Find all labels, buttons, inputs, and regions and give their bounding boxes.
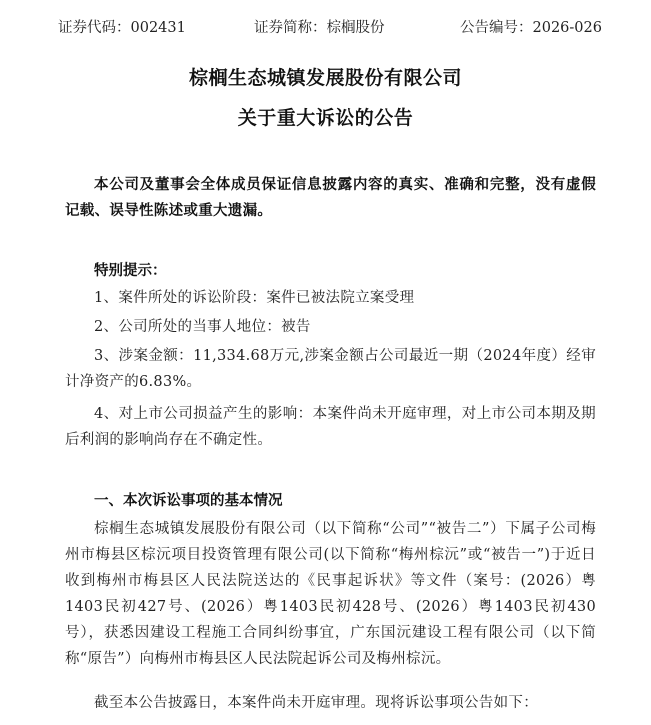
company-title: 棕榈生态城镇发展股份有限公司 — [0, 63, 651, 90]
special-note-item: 4、对上市公司损益产生的影响：本案件尚未开庭审理，对上市公司本期及期后利润的影响… — [65, 401, 596, 453]
board-statement: 本公司及董事会全体成员保证信息披露内容的真实、准确和完整，没有虚假记载、误导性陈… — [65, 172, 596, 224]
section-1-heading: 一、本次诉讼事项的基本情况 — [94, 488, 283, 514]
section-1-paragraph: 棕榈生态城镇发展股份有限公司（以下简称“公司”“被告二”）下属子公司梅州市梅县区… — [65, 516, 596, 672]
document-header: 证券代码：002431 证券简称：棕榈股份 公告编号：2026-026 — [0, 16, 651, 38]
announcement-number: 公告编号：2026-026 — [460, 16, 602, 37]
special-note-item: 1、案件所处的诉讼阶段：案件已被法院立案受理 — [65, 285, 596, 311]
security-abbreviation: 证券简称：棕榈股份 — [254, 16, 385, 37]
special-note-item: 2、公司所处的当事人地位：被告 — [65, 314, 596, 340]
announcement-page: 证券代码：002431 证券简称：棕榈股份 公告编号：2026-026 棕榈生态… — [0, 0, 651, 725]
section-1-paragraph: 截至本公告披露日，本案件尚未开庭审理。现将诉讼事项公告如下： — [65, 690, 596, 716]
special-notes-heading: 特别提示： — [94, 258, 167, 284]
special-note-item: 3、涉案金额：11,334.68万元,涉案金额占公司最近一期（2024年度）经审… — [65, 343, 596, 395]
security-code: 证券代码：002431 — [58, 16, 186, 37]
announcement-subject: 关于重大诉讼的公告 — [0, 103, 651, 130]
